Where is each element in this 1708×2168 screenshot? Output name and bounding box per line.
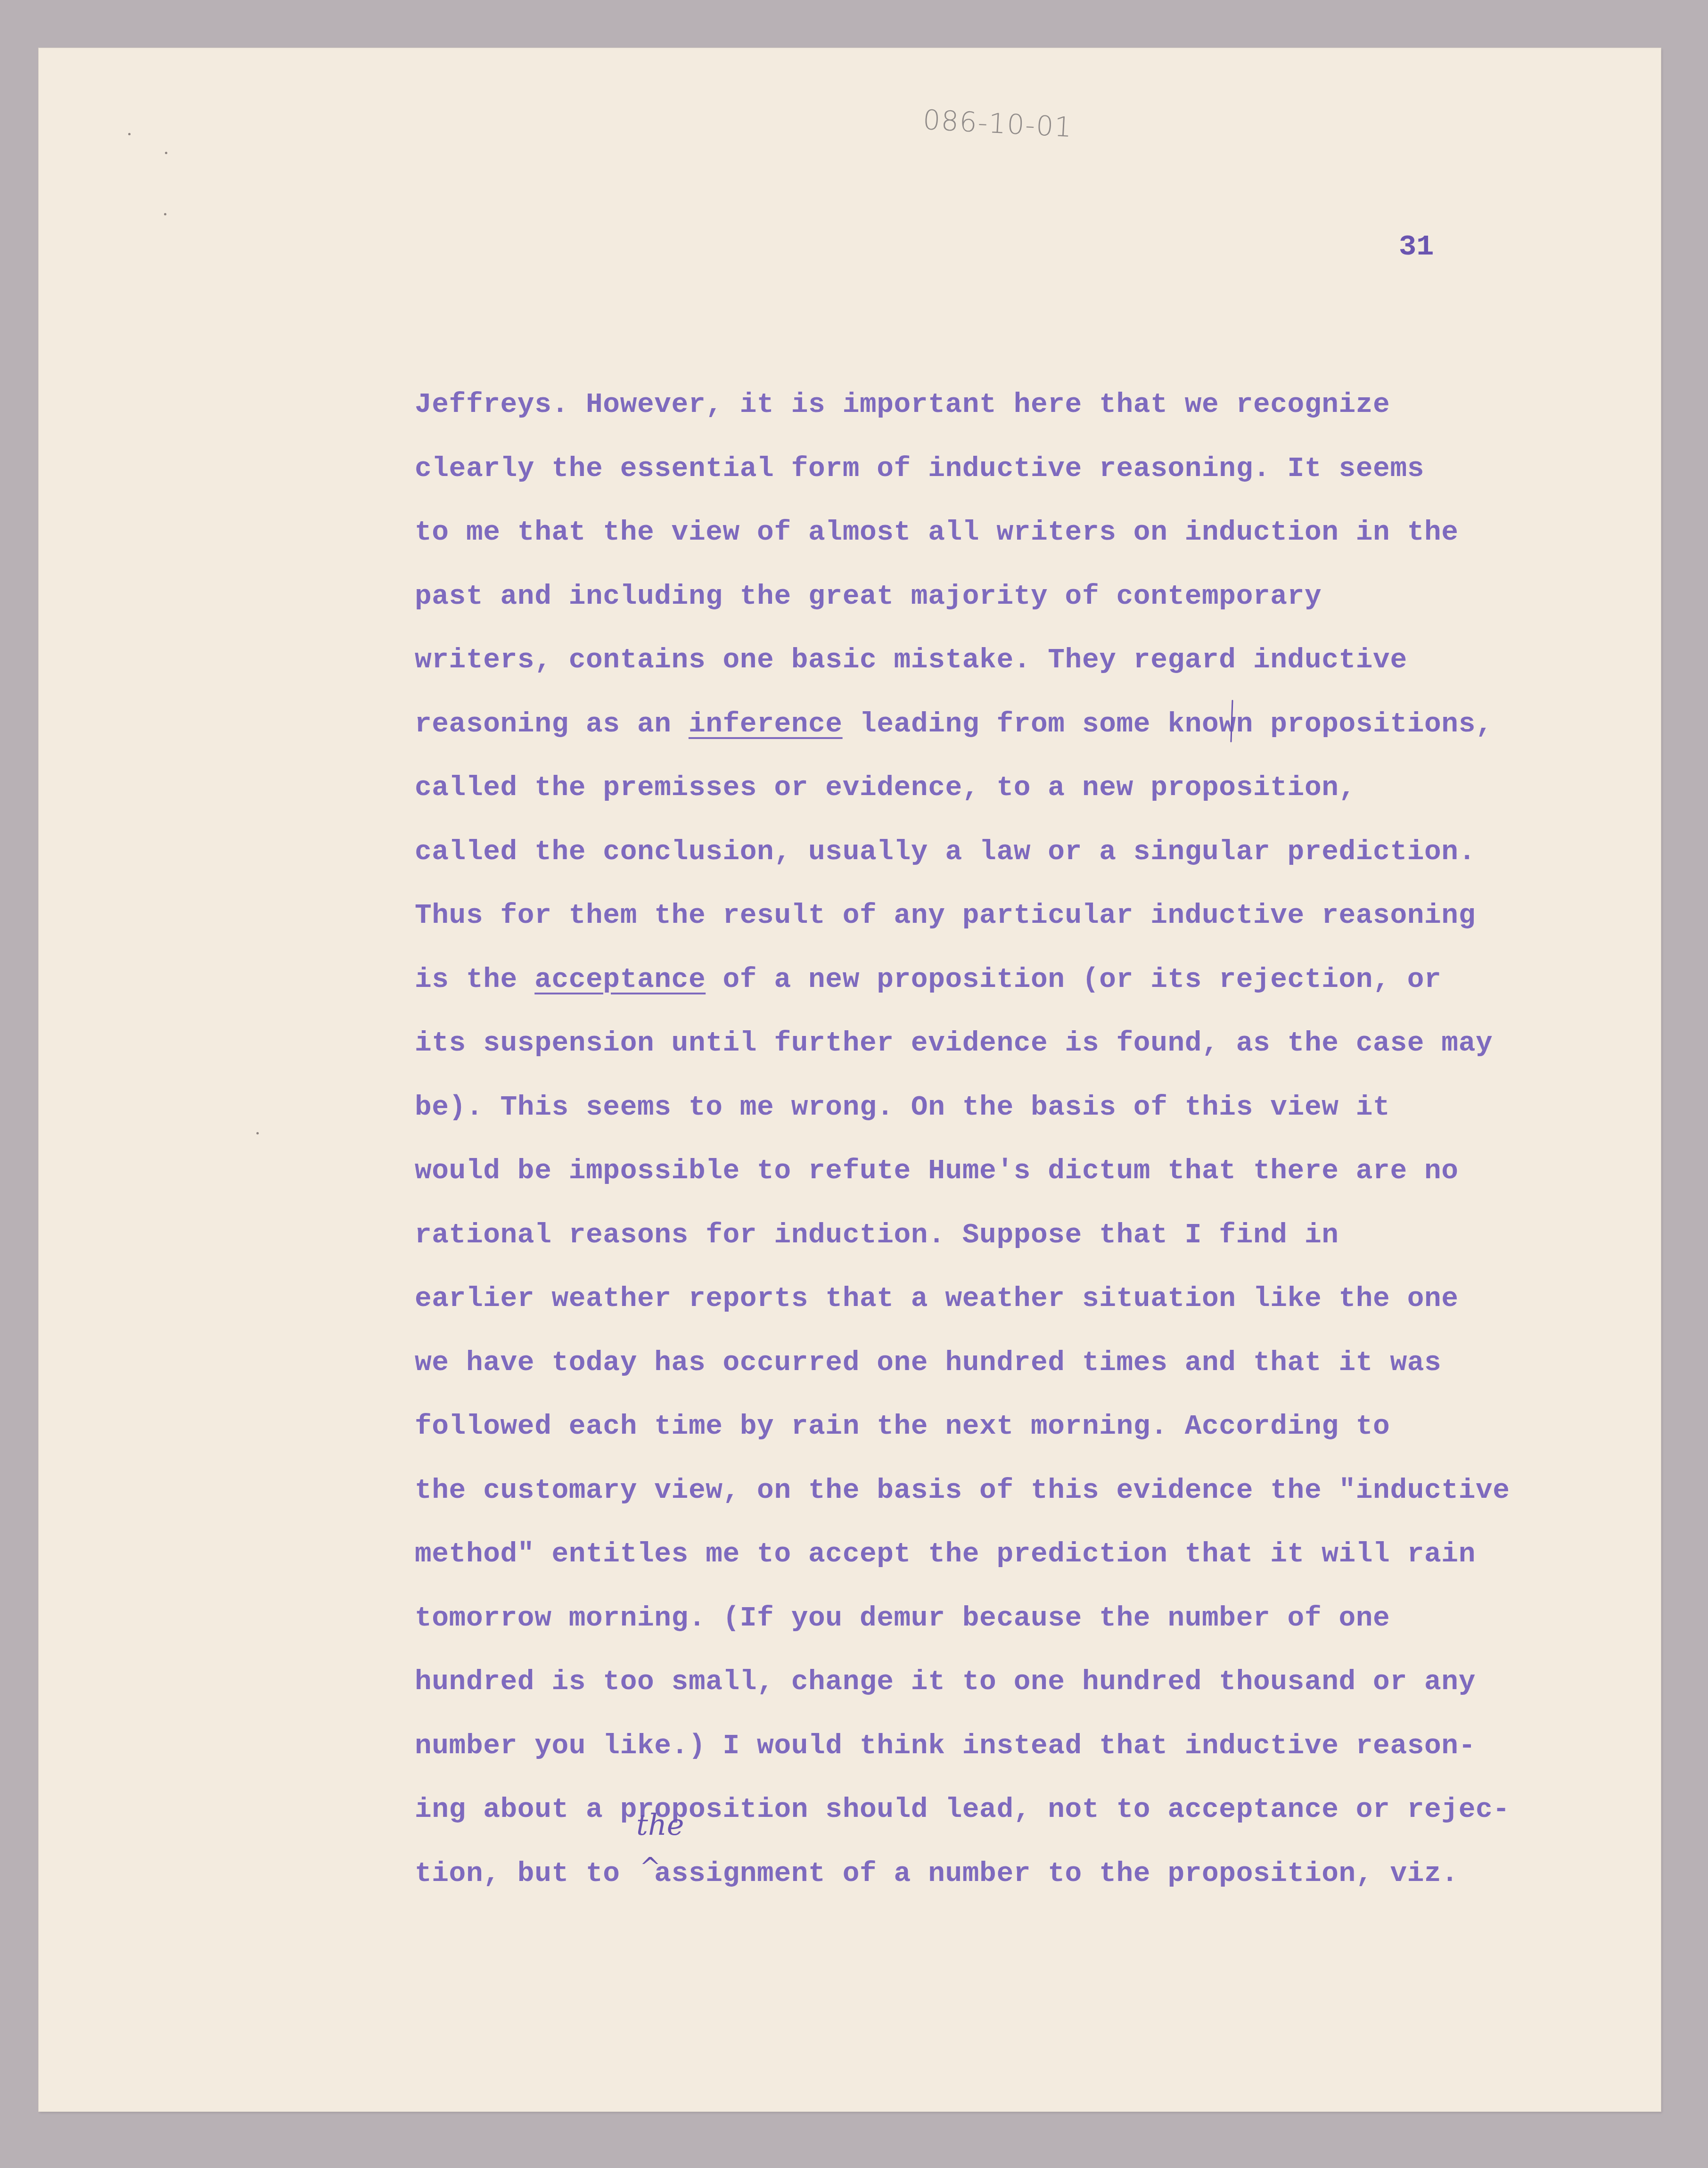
text-segment: tomorrow morning. (If you demur because … — [415, 1602, 1390, 1634]
text-line: called the conclusion, usually a law or … — [415, 833, 1476, 870]
text-segment: clearly the essential form of inductive … — [415, 452, 1424, 485]
text-line: is the acceptance of a new proposition (… — [415, 961, 1441, 998]
text-line: hundred is too small, change it to one h… — [415, 1663, 1476, 1700]
underlined-word: acceptance — [534, 963, 706, 995]
text-line: its suspension until further evidence is… — [415, 1024, 1493, 1062]
page-number: 31 — [1399, 230, 1434, 263]
text-segment: earlier weather reports that a weather s… — [415, 1282, 1459, 1314]
text-line: be). This seems to me wrong. On the basi… — [415, 1088, 1390, 1126]
text-line: to me that the view of almost all writer… — [415, 513, 1459, 551]
text-segment: number you like.) I would think instead … — [415, 1730, 1476, 1762]
text-line: tomorrow morning. (If you demur because … — [415, 1599, 1390, 1637]
text-segment: Jeffreys. However, it is important here … — [415, 388, 1390, 420]
text-segment: past and including the great majority of… — [415, 580, 1322, 612]
text-line: rational reasons for induction. Suppose … — [415, 1216, 1339, 1254]
text-segment: ing about a proposition should lead, not… — [415, 1793, 1510, 1825]
paper-speck — [128, 133, 131, 135]
text-segment: followed each time by rain the next morn… — [415, 1410, 1390, 1442]
paper-speck — [164, 213, 166, 215]
handwritten-insert-the: the — [636, 1807, 684, 1842]
text-segment: to me that the view of almost all writer… — [415, 516, 1459, 548]
text-line: called the premisses or evidence, to a n… — [415, 769, 1356, 806]
text-segment: is the — [415, 963, 534, 995]
text-segment: we have today has occurred one hundred t… — [415, 1347, 1441, 1379]
text-line: Thus for them the result of any particul… — [415, 896, 1476, 934]
text-segment: rational reasons for induction. Suppose … — [415, 1219, 1339, 1251]
text-segment: the customary view, on the basis of this… — [415, 1474, 1510, 1506]
text-segment: Thus for them the result of any particul… — [415, 899, 1476, 931]
text-segment: writers, contains one basic mistake. The… — [415, 644, 1407, 676]
text-line: number you like.) I would think instead … — [415, 1727, 1476, 1765]
text-line: writers, contains one basic mistake. The… — [415, 641, 1407, 679]
text-segment: be). This seems to me wrong. On the basi… — [415, 1091, 1390, 1123]
paper-speck — [165, 152, 167, 154]
text-segment: of a new proposition (or its rejection, … — [706, 963, 1441, 995]
text-segment: tion, but to assignment of a number to t… — [415, 1857, 1459, 1889]
text-line: ing about a proposition should lead, not… — [415, 1790, 1510, 1828]
text-line: we have today has occurred one hundred t… — [415, 1344, 1441, 1381]
text-line: clearly the essential form of inductive … — [415, 450, 1424, 487]
caret-insert-icon: ^ — [640, 1852, 661, 1882]
text-line: would be impossible to refute Hume's dic… — [415, 1152, 1459, 1190]
text-line: reasoning as an inference leading from s… — [415, 705, 1493, 743]
text-line: the customary view, on the basis of this… — [415, 1471, 1510, 1509]
text-line: past and including the great majority of… — [415, 577, 1322, 615]
text-segment: its suspension until further evidence is… — [415, 1027, 1493, 1059]
text-segment: hundred is too small, change it to one h… — [415, 1666, 1476, 1698]
paper-speck — [256, 1132, 259, 1134]
text-segment: reasoning as an — [415, 708, 689, 740]
text-segment: leading from some known propositions, — [843, 708, 1493, 740]
text-line: Jeffreys. However, it is important here … — [415, 386, 1390, 423]
text-line: tion, but to assignment of a number to t… — [415, 1855, 1459, 1892]
underlined-word: inference — [689, 708, 843, 740]
text-segment: method" entitles me to accept the predic… — [415, 1538, 1476, 1570]
text-line: earlier weather reports that a weather s… — [415, 1280, 1459, 1317]
text-segment: called the premisses or evidence, to a n… — [415, 772, 1356, 804]
text-line: followed each time by rain the next morn… — [415, 1407, 1390, 1445]
text-segment: called the conclusion, usually a law or … — [415, 836, 1476, 868]
text-segment: would be impossible to refute Hume's dic… — [415, 1155, 1459, 1187]
text-line: method" entitles me to accept the predic… — [415, 1535, 1476, 1573]
